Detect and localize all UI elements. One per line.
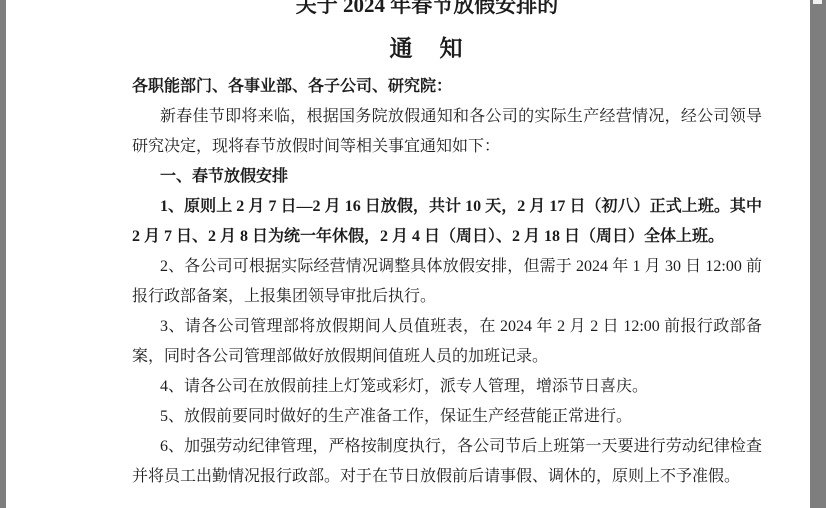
salutation: 各职能部门、各事业部、各子公司、研究院： [132,72,762,102]
document-content: 关于 2024 年春节放假安排的 通 知 各职能部门、各事业部、各子公司、研究院… [132,0,762,492]
scrollbar-top-notch [813,0,822,4]
item-5: 5、放假前要同时做好的生产准备工作，保证生产经营能正常进行。 [132,402,762,432]
app-window: 关于 2024 年春节放假安排的 通 知 各职能部门、各事业部、各子公司、研究院… [0,0,826,508]
item-4: 4、请各公司在放假前挂上灯笼或彩灯，派专人管理，增添节日喜庆。 [132,372,762,402]
document-page[interactable]: 关于 2024 年春节放假安排的 通 知 各职能部门、各事业部、各子公司、研究院… [6,0,810,508]
item-2: 2、各公司可根据实际经营情况调整具体放假安排，但需于 2024 年 1 月 30… [132,252,762,312]
window-chrome-right [810,0,826,508]
document-subtitle: 通 知 [132,32,722,66]
document-body: 新春佳节即将来临，根据国务院放假通知和各公司的实际生产经营情况，经公司领导研究决… [132,102,762,492]
item-6: 6、加强劳动纪律管理，严格按制度执行，各公司节后上班第一天要进行劳动纪律检查并将… [132,432,762,492]
intro-paragraph: 新春佳节即将来临，根据国务院放假通知和各公司的实际生产经营情况，经公司领导研究决… [132,102,762,162]
section-heading: 一、春节放假安排 [132,162,762,192]
item-1: 1、原则上 2 月 7 日—2 月 16 日放假，共计 10 天，2 月 17 … [132,192,762,252]
document-title: 关于 2024 年春节放假安排的 [132,0,722,20]
item-3: 3、请各公司管理部将放假期间人员值班表，在 2024 年 2 月 2 日 12:… [132,312,762,372]
